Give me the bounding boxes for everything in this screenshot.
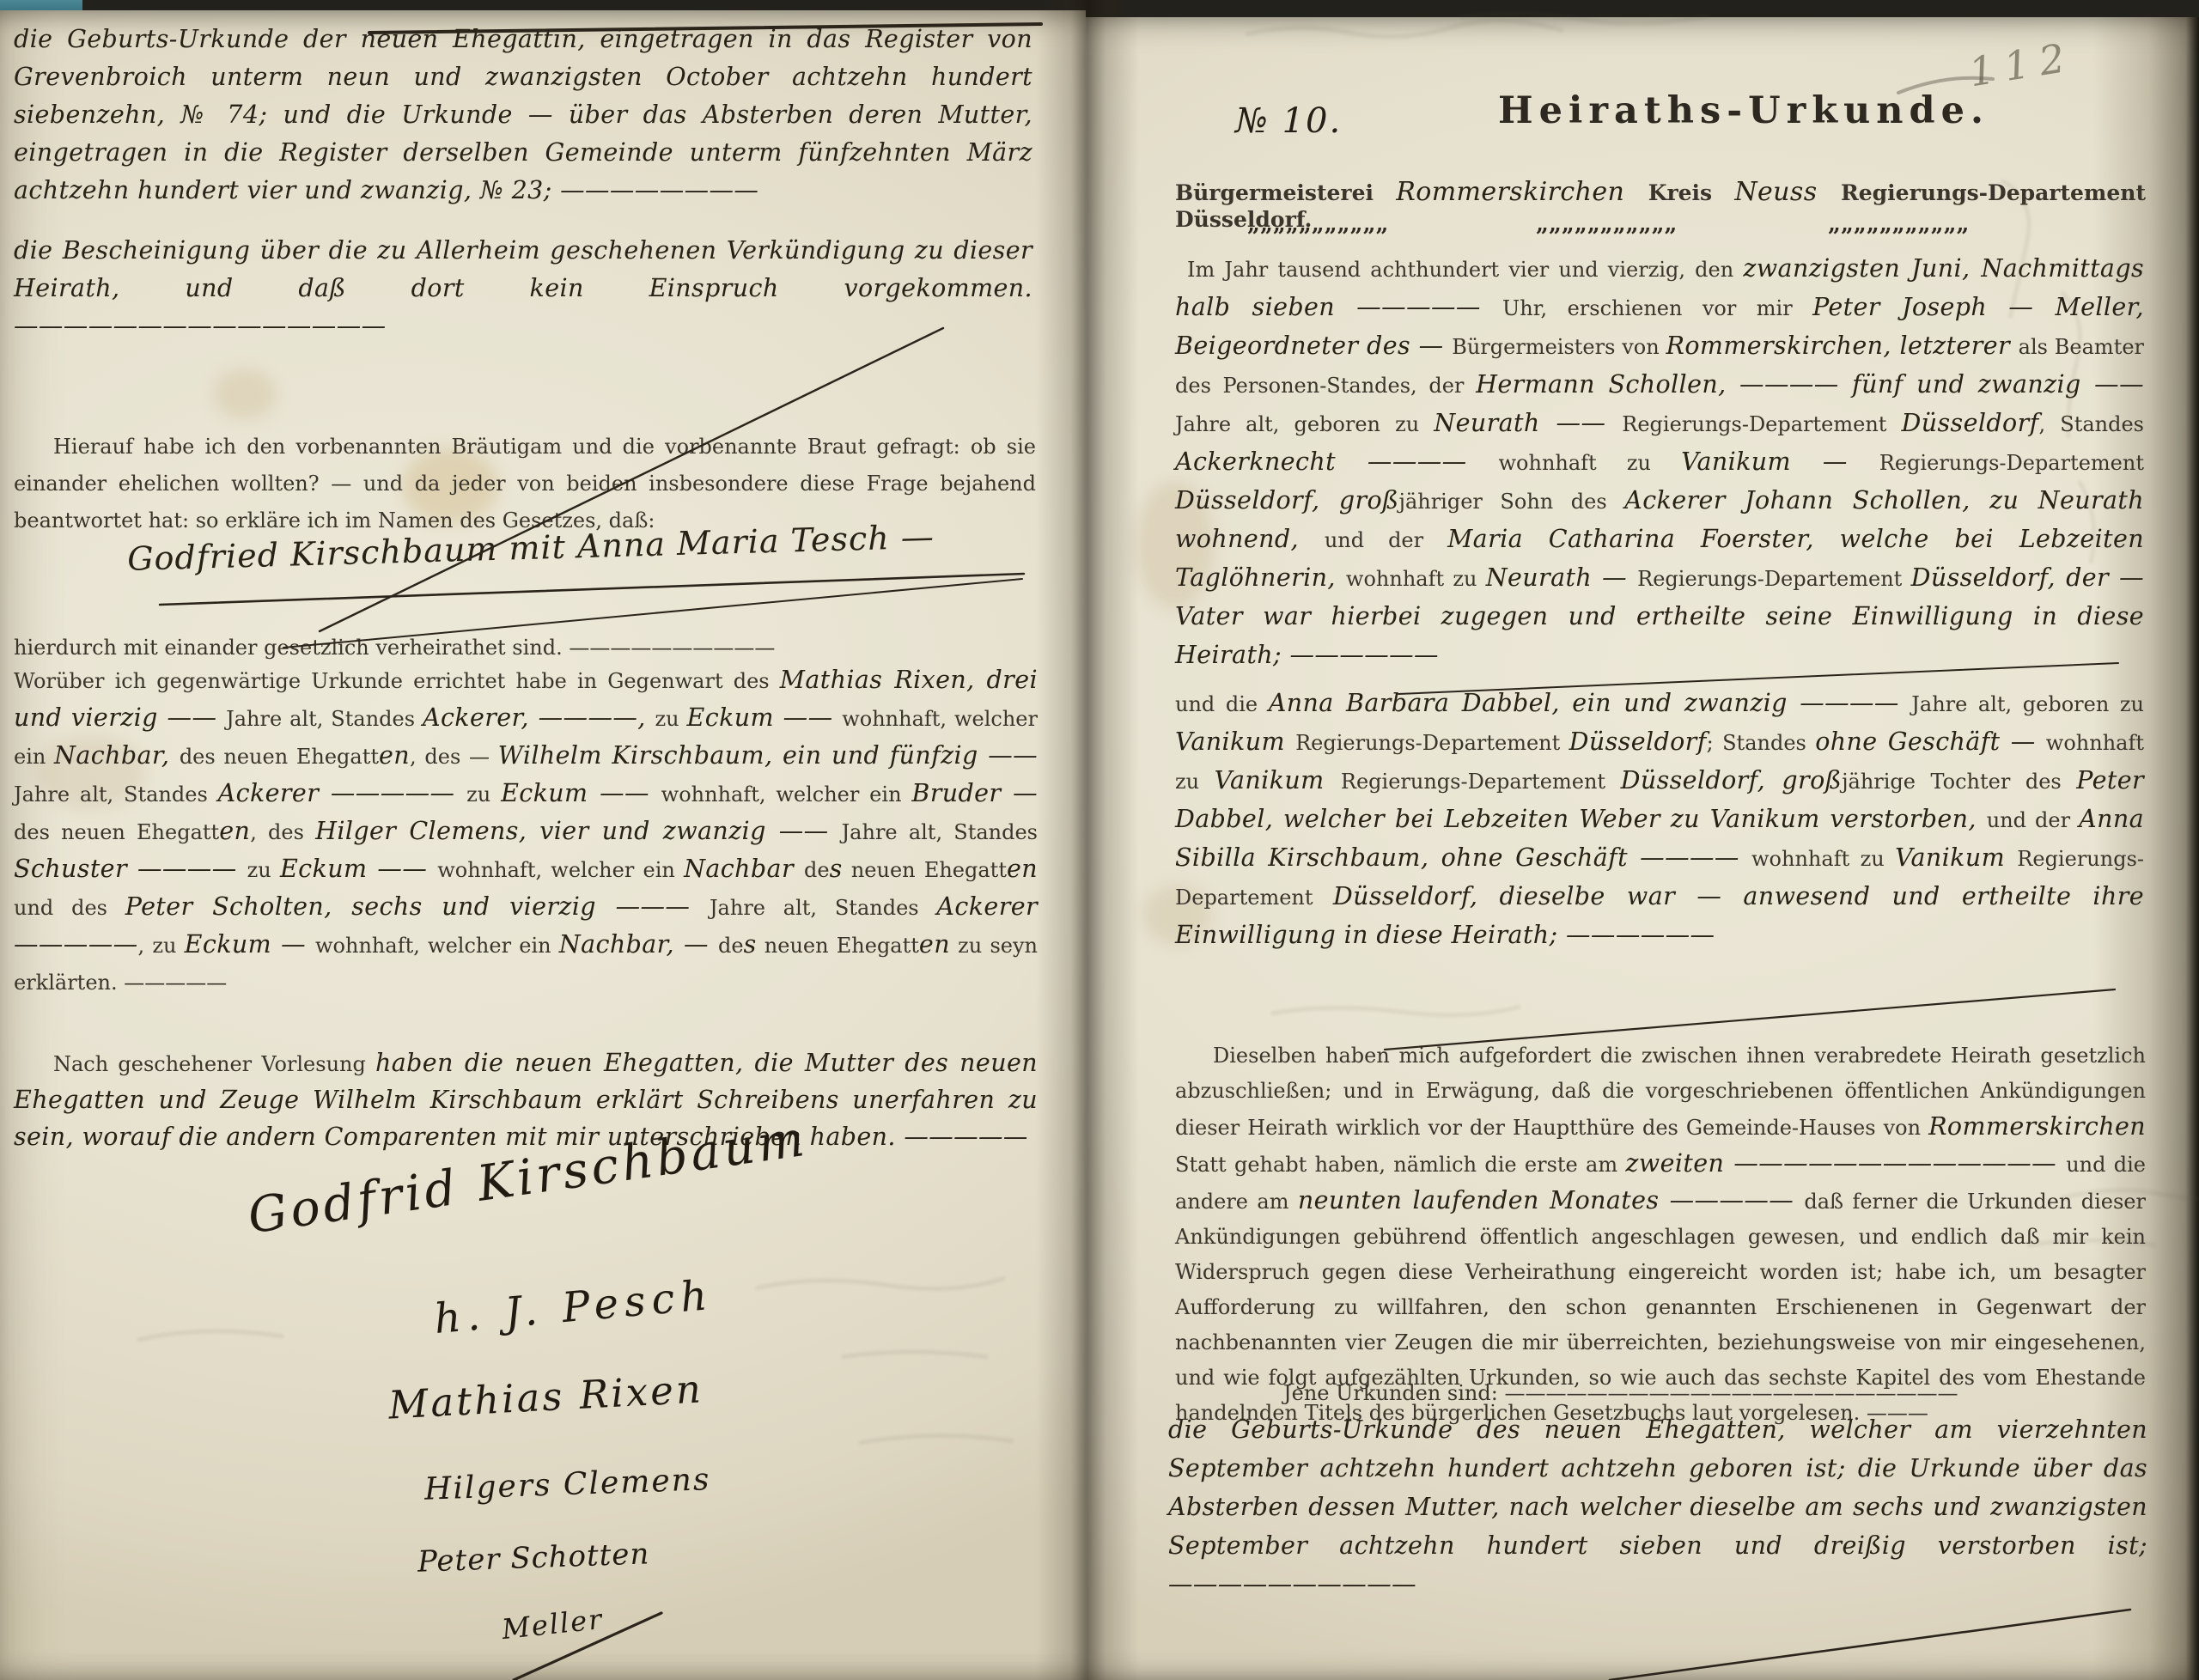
handwritten-entry: Düsseldorf, groß xyxy=(1175,486,1399,514)
handwritten-entry: en xyxy=(919,930,950,959)
banns-publication-paragraph: Dieselben haben mich aufgefordert die zw… xyxy=(1175,1039,2146,1432)
book-gutter-shadow xyxy=(1036,0,1139,1680)
groom-paragraph: Im Jahr tausend achthundert vier und vie… xyxy=(1175,251,2144,676)
handwritten-entry: Nachbar xyxy=(684,855,804,883)
printed-form-text: zu xyxy=(247,858,280,882)
printed-form-text: wohnhaft, welcher ein xyxy=(661,782,912,807)
handwritten-entry: Neurath —— xyxy=(1434,409,1622,437)
handwritten-entry: die Bescheinigung über die zu Allerheim … xyxy=(14,236,1032,340)
handwritten-entry: Rommerskirchen xyxy=(1396,177,1648,207)
handwritten-entry: Hermann Schollen, ———— fünf und zwanzig … xyxy=(1476,370,2144,399)
handwritten-entry: zweiten ————————————— xyxy=(1625,1149,2066,1178)
handwritten-entry: Rommerskirchen, letzterer xyxy=(1666,332,2019,360)
handwritten-entry: Düsseldorf xyxy=(1902,409,2039,437)
record-number-label: № 10. xyxy=(1235,101,1342,141)
handwritten-entry: en xyxy=(1007,855,1038,883)
printed-form-text: Jahre alt, Standes xyxy=(710,896,936,920)
handwritten-entry: Hilger Clemens, vier und zwanzig —— xyxy=(315,817,841,845)
printed-form-text: des neuen Ehegatt xyxy=(14,820,219,844)
printed-form-text: Jahre alt, geboren zu xyxy=(1175,412,1434,436)
printed-form-text: , Standes xyxy=(2039,412,2144,436)
printed-form-text: Jahre alt, Standes xyxy=(226,707,423,731)
handwritten-entry: Nachbar, — xyxy=(559,930,718,959)
handwritten-entry: Vanikum xyxy=(1215,766,1341,794)
printed-form-text: Nach geschehener Vorlesung xyxy=(53,1052,375,1076)
handwritten-entry: Neuss xyxy=(1734,177,1841,207)
marriage-record-scan: die Geburts-Urkunde der neuen Ehegattin,… xyxy=(0,0,2199,1680)
printed-form-text: neuen Ehegatt xyxy=(757,934,919,958)
printed-form-text: Bürgermeisterei xyxy=(1175,180,1396,205)
printed-form-text: jähriger Sohn des xyxy=(1399,490,1625,514)
groom-documents-paragraph: die Geburts-Urkunde des neuen Ehegatten,… xyxy=(1168,1412,2147,1605)
handwritten-entry: Vanikum xyxy=(1175,727,1295,756)
printed-form-text: neuen Ehegatt xyxy=(843,858,1007,882)
handwritten-entry: Eckum — xyxy=(185,930,315,959)
handwritten-entry: Vanikum xyxy=(1895,843,2017,872)
handwritten-entry: Bruder — xyxy=(911,779,1038,807)
printed-form-text: Jene Urkunden sind: ————————————————————… xyxy=(1283,1381,1958,1405)
printed-form-text: Uhr, erschienen vor mir xyxy=(1502,296,1812,320)
handwritten-entry: Ackerer ————— xyxy=(218,779,466,807)
printed-form-text: wohnhaft zu xyxy=(1346,567,1486,591)
closing-paragraph: Nach geschehener Vorlesung haben die neu… xyxy=(14,1046,1038,1157)
bride-paragraph: und die Anna Barbara Dabbel, ein und zwa… xyxy=(1175,685,2144,956)
printed-form-text: Regierungs-Departement xyxy=(1879,451,2144,475)
handwritten-entry: Peter Scholten, sechs und vierzig ——— xyxy=(125,892,710,921)
printed-form-text: Kreis xyxy=(1648,180,1735,205)
paper-stain xyxy=(213,369,277,419)
printed-form-text: Jahre alt, Standes xyxy=(14,782,218,807)
printed-form-text: hierdurch mit einander gesetzlich verhei… xyxy=(14,636,775,660)
printed-form-text: , des xyxy=(250,820,315,844)
handwritten-entry: Düsseldorf xyxy=(1569,727,1707,756)
page-title: Heiraths-Urkunde. xyxy=(1374,89,2113,132)
handwritten-entry: s xyxy=(744,930,757,959)
printed-form-text: Statt gehabt haben, nämlich die erste am xyxy=(1175,1153,1625,1177)
married-declaration-line: hierdurch mit einander gesetzlich verhei… xyxy=(14,630,1036,667)
printed-form-text: wohnhaft, welcher ein xyxy=(437,858,684,882)
witnesses-paragraph: Worüber ich gegenwärtige Urkunde erricht… xyxy=(14,663,1038,1002)
ditto-marks: „„„„„„„„„„„ xyxy=(1536,211,1678,237)
printed-form-text: zu xyxy=(466,782,501,807)
handwritten-entry: Rommerskirchen xyxy=(1928,1112,2146,1141)
bride-documents-paragraph: die Geburts-Urkunde der neuen Ehegattin,… xyxy=(14,22,1032,211)
handwritten-entry: Ackerknecht ———— xyxy=(1175,447,1499,476)
handwritten-entry: Eckum —— xyxy=(687,703,843,732)
printed-form-text: wohnhaft zu xyxy=(1499,451,1682,475)
printed-form-text: Bürgermeisters von xyxy=(1452,335,1666,359)
handwritten-entry: Wilhelm Kirschbaum, ein und fünfzig —— xyxy=(498,741,1038,770)
handwritten-entry: en xyxy=(219,817,250,845)
printed-form-text: wohnhaft, welcher ein xyxy=(315,934,559,958)
documents-intro-line: Jene Urkunden sind: ————————————————————… xyxy=(1175,1376,2146,1413)
printed-form-text: , zu xyxy=(138,934,185,958)
printed-form-text: Jahre alt, geboren zu xyxy=(1911,692,2144,716)
handwritten-entry: Ackerer, ————, xyxy=(423,703,655,732)
printed-form-text: des neuen Ehegatt xyxy=(180,745,379,769)
handwritten-entry: ohne Geschäft — xyxy=(1815,727,2046,756)
handwritten-entry: die Geburts-Urkunde des neuen Ehegatten,… xyxy=(1168,1415,2147,1598)
handwritten-entry: Düsseldorf, groß xyxy=(1621,766,1842,794)
handwritten-entry: s xyxy=(830,855,843,883)
printed-form-text: , des — xyxy=(410,745,498,769)
printed-form-text: jährige Tochter des xyxy=(1842,770,2076,794)
printed-form-text: Worüber ich gegenwärtige Urkunde erricht… xyxy=(14,669,780,693)
printed-form-text: Regierungs-Departement xyxy=(1622,412,1901,436)
printed-form-text: Hierauf habe ich den vorbenannten Bräuti… xyxy=(14,435,1036,533)
printed-form-text: Jahre alt, Standes xyxy=(842,820,1038,844)
handwritten-entry: en xyxy=(379,741,410,770)
printed-form-text: Regierungs-Departement xyxy=(1637,567,1910,591)
printed-form-text: Regierungs-Departement xyxy=(1295,731,1569,755)
handwritten-entry: Eckum —— xyxy=(501,779,661,807)
ditto-marks: „„„„„„„„„„„ xyxy=(1828,211,1970,237)
printed-form-text: und die xyxy=(1175,692,1269,716)
banns-certificate-paragraph: die Bescheinigung über die zu Allerheim … xyxy=(14,234,1032,347)
ditto-marks: „„„„„„„„„„„ xyxy=(1247,211,1389,237)
handwritten-entry: Neurath — xyxy=(1486,563,1637,592)
handwritten-entry: neunten laufenden Monates ————— xyxy=(1298,1186,1805,1214)
handwritten-entry: Nachbar, xyxy=(54,741,180,770)
printed-form-text: ; Standes xyxy=(1707,731,1816,755)
handwritten-entry: die Geburts-Urkunde der neuen Ehegattin,… xyxy=(14,25,1032,204)
handwritten-entry: Vanikum — xyxy=(1681,447,1879,476)
handwritten-entry: Schuster ———— xyxy=(14,855,247,883)
printed-form-text: und der xyxy=(1987,808,2079,832)
printed-form-text: Regierungs-Departement xyxy=(1341,770,1621,794)
handwritten-entry: Eckum —— xyxy=(280,855,437,883)
printed-form-text: zu xyxy=(655,707,686,731)
printed-form-text: de xyxy=(718,934,744,958)
printed-form-text: Im Jahr tausend achthundert vier und vie… xyxy=(1187,258,1743,282)
printed-form-text: und des xyxy=(14,896,125,920)
printed-form-text: und der xyxy=(1325,528,1447,552)
printed-form-text: wohnhaft zu xyxy=(1751,847,1895,871)
handwritten-entry: Anna Barbara Dabbel, ein und zwanzig ———… xyxy=(1269,689,1912,717)
printed-form-text: de xyxy=(804,858,830,882)
